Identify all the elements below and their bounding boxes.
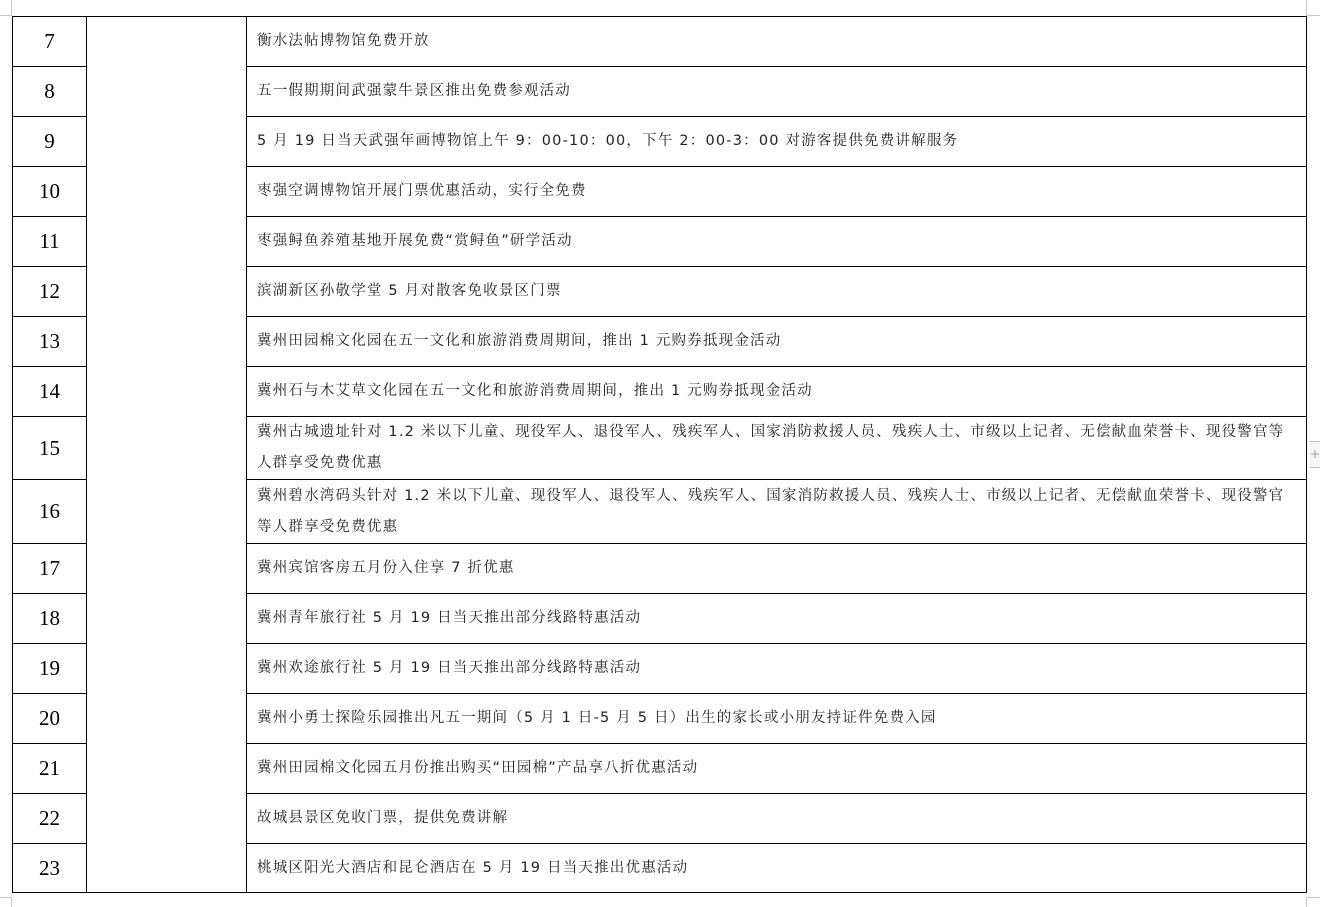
row-number[interactable]: 9 (13, 117, 87, 167)
row-number[interactable]: 13 (13, 317, 87, 367)
row-description[interactable]: 冀州田园棉文化园五月份推出购买“田园棉”产品享八折优惠活动 (247, 744, 1307, 794)
row-number[interactable]: 18 (13, 594, 87, 644)
row-description[interactable]: 枣强鲟鱼养殖基地开展免费“赏鲟鱼”研学活动 (247, 217, 1307, 267)
row-description[interactable]: 冀州青年旅行社 5 月 19 日当天推出部分线路特惠活动 (247, 594, 1307, 644)
row-number[interactable]: 20 (13, 694, 87, 744)
row-number[interactable]: 22 (13, 794, 87, 844)
promotions-table: 7 衡水法帖博物馆免费开放 8 五一假期期间武强蒙牛景区推出免费参观活动 9 5… (12, 16, 1307, 893)
row-number[interactable]: 16 (13, 480, 87, 544)
row-number[interactable]: 10 (13, 167, 87, 217)
row-number[interactable]: 23 (13, 844, 87, 893)
row-number[interactable]: 8 (13, 67, 87, 117)
row-number[interactable]: 11 (13, 217, 87, 267)
row-description[interactable]: 冀州小勇士探险乐园推出凡五一期间（5 月 1 日-5 月 5 日）出生的家长或小… (247, 694, 1307, 744)
row-description[interactable]: 五一假期期间武强蒙牛景区推出免费参观活动 (247, 67, 1307, 117)
row-description[interactable]: 故城县景区免收门票，提供免费讲解 (247, 794, 1307, 844)
row-number[interactable]: 19 (13, 644, 87, 694)
row-description[interactable]: 冀州田园棉文化园在五一文化和旅游消费周期间，推出 1 元购券抵现金活动 (247, 317, 1307, 367)
row-description[interactable]: 桃城区阳光大酒店和昆仑酒店在 5 月 19 日当天推出优惠活动 (247, 844, 1307, 893)
row-number[interactable]: 7 (13, 17, 87, 67)
row-number[interactable]: 12 (13, 267, 87, 317)
row-description[interactable]: 冀州石与木艾草文化园在五一文化和旅游消费周期间，推出 1 元购券抵现金活动 (247, 367, 1307, 417)
page-corner-mark-bottom-right (1306, 897, 1320, 907)
page-corner-mark-top-right (1306, 0, 1320, 16)
page-corner-mark-top-left (0, 0, 12, 16)
row-description[interactable]: 冀州古城遗址针对 1.2 米以下儿童、现役军人、退役军人、残疾军人、国家消防救援… (247, 417, 1307, 480)
row-number[interactable]: 17 (13, 544, 87, 594)
row-description[interactable]: 衡水法帖博物馆免费开放 (247, 17, 1307, 67)
row-description[interactable]: 枣强空调博物馆开展门票优惠活动，实行全免费 (247, 167, 1307, 217)
row-description[interactable]: 5 月 19 日当天武强年画博物馆上午 9：00-10：00，下午 2：00-3… (247, 117, 1307, 167)
row-description[interactable]: 冀州欢途旅行社 5 月 19 日当天推出部分线路特惠活动 (247, 644, 1307, 694)
row-description[interactable]: 冀州宾馆客房五月份入住享 7 折优惠 (247, 544, 1307, 594)
table-row: 7 衡水法帖博物馆免费开放 (13, 17, 1307, 67)
row-description[interactable]: 冀州碧水湾码头针对 1.2 米以下儿童、现役军人、退役军人、残疾军人、国家消防救… (247, 480, 1307, 544)
page-corner-mark-bottom-left (0, 897, 12, 907)
row-number[interactable]: 14 (13, 367, 87, 417)
row-number[interactable]: 15 (13, 417, 87, 480)
row-number[interactable]: 21 (13, 744, 87, 794)
category-cell-merged[interactable] (87, 17, 247, 893)
plus-icon: + (1310, 447, 1320, 461)
row-description[interactable]: 滨湖新区孙敬学堂 5 月对散客免收景区门票 (247, 267, 1307, 317)
add-row-button[interactable]: + (1310, 441, 1320, 468)
